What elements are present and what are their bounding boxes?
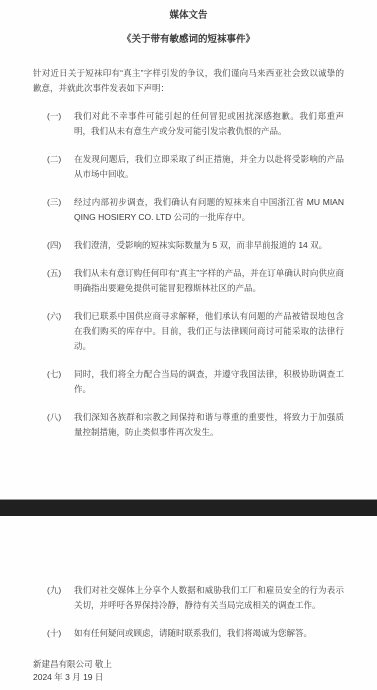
item-text: 如有任何疑问或顾虑，请随时联系我们，我们将竭诚为您解答。: [74, 626, 344, 641]
statement-list-page-2: (九) 我们对社交媒体上分享个人数据和威胁我们工厂和雇员安全的行为表示关切，并呼…: [33, 583, 344, 641]
item-number: (四): [47, 238, 74, 253]
signature-date: 2024 年 3 月 19 日: [33, 671, 344, 684]
statement-item: (四) 我们澄清，受影响的短袜实际数量为 5 双，而非早前报道的 14 双。: [47, 238, 344, 253]
item-text: 我们澄清，受影响的短袜实际数量为 5 双，而非早前报道的 14 双。: [74, 238, 344, 253]
item-number: (五): [47, 266, 74, 296]
item-number: (八): [47, 410, 74, 440]
statement-list-page-1: (一) 我们对此不幸事件可能引起的任何冒犯或困扰深感抱歉。我们郑重声明，我们从未…: [33, 109, 344, 440]
signature-company: 新建昌有限公司 敬上: [33, 658, 344, 671]
page-title: 媒体文告: [33, 10, 344, 22]
item-text: 我们对此不幸事件可能引起的任何冒犯或困扰深感抱歉。我们郑重声明，我们从未有意生产…: [74, 109, 344, 139]
signature-block: 新建昌有限公司 敬上 2024 年 3 月 19 日: [33, 658, 344, 684]
item-text: 我们对社交媒体上分享个人数据和威胁我们工厂和雇员安全的行为表示关切，并呼吁各界保…: [74, 583, 344, 613]
item-text: 我们从未有意订购任何印有“真主”字样的产品，并在订单确认时向供应商明确指出要避免…: [74, 266, 344, 296]
statement-page-2: (九) 我们对社交媒体上分享个人数据和威胁我们工厂和雇员安全的行为表示关切，并呼…: [0, 516, 377, 684]
statement-item: (九) 我们对社交媒体上分享个人数据和威胁我们工厂和雇员安全的行为表示关切，并呼…: [47, 583, 344, 613]
item-number: (十): [47, 626, 74, 641]
statement-item: (一) 我们对此不幸事件可能引起的任何冒犯或困扰深感抱歉。我们郑重声明，我们从未…: [47, 109, 344, 139]
intro-paragraph: 针对近日关于短袜印有“真主”字样引发的争议，我们谨向马来西亚社会致以诚挚的歉意，…: [33, 66, 344, 96]
statement-item: (七) 同时，我们将全力配合当局的调查，并遵守我国法律，积极协助调查工作。: [47, 367, 344, 397]
item-text: 在发现问题后，我们立即采取了纠正措施，并全力以赴将受影响的产品从市场中回收。: [74, 152, 344, 182]
item-number: (六): [47, 309, 74, 354]
item-number: (二): [47, 152, 74, 182]
item-text: 我们深知各族群和宗教之间保持和谐与尊重的重要性，将致力于加强质量控制措施，防止类…: [74, 410, 344, 440]
statement-item: (二) 在发现问题后，我们立即采取了纠正措施，并全力以赴将受影响的产品从市场中回…: [47, 152, 344, 182]
statement-page-1: 媒体文告 《关于带有敏感词的短袜事件》 针对近日关于短袜印有“真主”字样引发的争…: [0, 0, 377, 453]
statement-item: (三) 经过内部初步调查，我们确认有问题的短袜来自中国浙江省 MU MIAN Q…: [47, 195, 344, 225]
statement-item: (十) 如有任何疑问或顾虑，请随时联系我们，我们将竭诚为您解答。: [47, 626, 344, 641]
item-number: (七): [47, 367, 74, 397]
statement-item: (六) 我们已联系中国供应商寻求解释，他们承认有问题的产品被错误地包含在我们购买…: [47, 309, 344, 354]
statement-item: (五) 我们从未有意订购任何印有“真主”字样的产品，并在订单确认时向供应商明确指…: [47, 266, 344, 296]
statement-item: (八) 我们深知各族群和宗教之间保持和谐与尊重的重要性，将致力于加强质量控制措施…: [47, 410, 344, 440]
item-number: (九): [47, 583, 74, 613]
statement-subtitle: 《关于带有敏感词的短袜事件》: [33, 34, 344, 46]
page-break-bar: [0, 499, 377, 516]
item-text: 经过内部初步调查，我们确认有问题的短袜来自中国浙江省 MU MIAN QING …: [74, 195, 344, 225]
item-text: 我们已联系中国供应商寻求解释，他们承认有问题的产品被错误地包含在我们购买的库存中…: [74, 309, 344, 354]
item-number: (一): [47, 109, 74, 139]
media-statement-document: 媒体文告 《关于带有敏感词的短袜事件》 针对近日关于短袜印有“真主”字样引发的争…: [0, 0, 377, 690]
item-text: 同时，我们将全力配合当局的调查，并遵守我国法律，积极协助调查工作。: [74, 367, 344, 397]
item-number: (三): [47, 195, 74, 225]
